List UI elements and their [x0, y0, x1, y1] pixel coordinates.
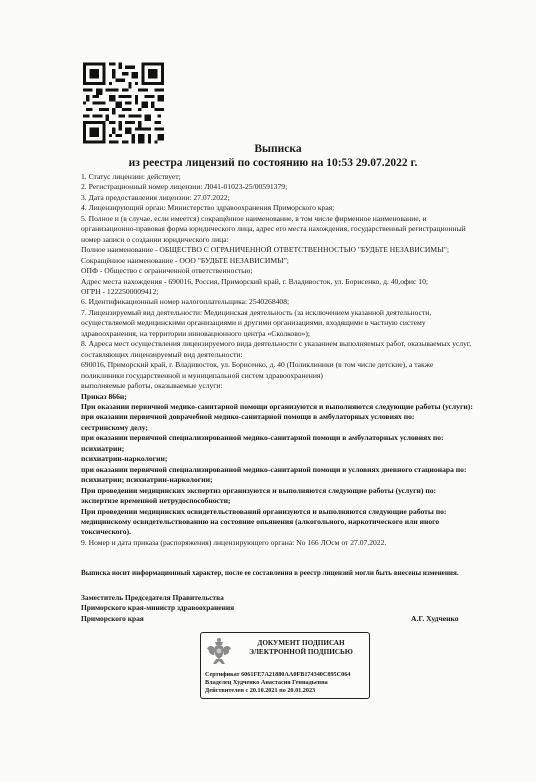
document-line: 1. Статус лицензии: действует; — [81, 172, 481, 182]
document-line: при оказании первичной специализированно… — [81, 433, 481, 443]
document-line: ОПФ - Общество с ограниченной ответствен… — [81, 266, 481, 276]
position-line: Приморского края — [81, 614, 234, 624]
qr-code-icon — [83, 62, 164, 144]
document-line: осуществляемой медицинскими организациям… — [81, 318, 481, 328]
document-line: 5. Полное и (в случае, если имеется) сок… — [81, 214, 481, 224]
document-line: 3. Дата предоставления лицензии: 27.07.2… — [81, 193, 481, 203]
document-line: номер записи о создании юридического лиц… — [81, 235, 481, 245]
document-line: медицинскому освидетельствованию на сост… — [81, 517, 481, 527]
document-body: 1. Статус лицензии: действует;2. Регистр… — [81, 172, 481, 548]
document-subtitle: из реестра лицензий по состоянию на 10:5… — [5, 157, 536, 169]
document-line: 690016, Приморский край, г. Владивосток,… — [81, 360, 481, 370]
stamp-owner: Владелец Худченко Анастасия Геннадьевна — [205, 679, 328, 686]
document-line: 2. Регистрационный номер лицензии: Л041-… — [81, 182, 481, 192]
document-line: Приказ 866н; — [81, 392, 481, 402]
document-line: токсического). — [81, 527, 481, 537]
document-line: психиатрии; — [81, 444, 481, 454]
stamp-certificate: Сертификат 6061FE7A21880AA0FB174340C895C… — [205, 671, 350, 678]
stamp-heading-line: ДОКУМЕНТ ПОДПИСАН — [237, 639, 365, 648]
document-line: сестринскому делу; — [81, 423, 481, 433]
document-line: При оказании первичной медико-санитарной… — [81, 402, 481, 412]
document-line: 8. Адреса мест осуществления лицензируем… — [81, 339, 481, 349]
position-line: Приморского края-министр здравоохранения — [81, 603, 234, 613]
document-line: экспертизе временной нетрудоспособности; — [81, 496, 481, 506]
electronic-signature-stamp: ДОКУМЕНТ ПОДПИСАН ЭЛЕКТРОННОЙ ПОДПИСЬЮ С… — [200, 632, 370, 699]
disclaimer-note: Выписка носит информационный характер, п… — [81, 569, 459, 577]
signatory-name: А.Г. Худченко — [411, 614, 459, 623]
position-line: Заместитель Председателя Правительства — [81, 593, 234, 603]
document-page: Выписка из реестра лицензий по состоянию… — [0, 0, 536, 782]
document-line: 6. Идентификационный номер налогоплатель… — [81, 297, 481, 307]
document-line: при оказании первичной специализированно… — [81, 465, 481, 475]
document-line: поликлиники государственной и муниципаль… — [81, 371, 481, 381]
coat-of-arms-icon — [206, 637, 232, 667]
document-line: при оказании первичной доврачебной медик… — [81, 412, 481, 422]
document-line: 7. Лицензируемый вид деятельности: Медиц… — [81, 308, 481, 318]
document-line: Полное наименование - ОБЩЕСТВО С ОГРАНИЧ… — [81, 245, 481, 255]
document-line: 4. Лицензирующий орган: Министерство здр… — [81, 203, 481, 213]
document-line: составляющих лицензируемый вид деятельно… — [81, 350, 481, 360]
document-line: ОГРН - 1222500009412; — [81, 287, 481, 297]
document-line: психиатрии-наркологии; — [81, 454, 481, 464]
document-line: Сокращённое наименование - ООО "БУДЬТЕ Н… — [81, 256, 481, 266]
document-line: здравоохранения, на территории инновацио… — [81, 329, 481, 339]
signatory-position: Заместитель Председателя Правительства П… — [81, 593, 234, 624]
document-line: Адрес места нахождения - 690016, Россия,… — [81, 277, 481, 287]
document-title: Выписка — [10, 143, 536, 155]
document-line: выполняемые работы, оказываемые услуги: — [81, 381, 481, 391]
document-line: При проведении медицинских освидетельств… — [81, 507, 481, 517]
stamp-heading-line: ЭЛЕКТРОННОЙ ПОДПИСЬЮ — [237, 648, 365, 657]
stamp-validity: Действителен с 20.10.2021 по 20.01.2023 — [205, 687, 315, 694]
document-line: При проведении медицинских экспертиз орг… — [81, 486, 481, 496]
document-line: 9. Номер и дата приказа (распоряжения) л… — [81, 538, 481, 548]
stamp-heading: ДОКУМЕНТ ПОДПИСАН ЭЛЕКТРОННОЙ ПОДПИСЬЮ — [237, 639, 365, 657]
document-line: организационно-правовая форма юридическо… — [81, 224, 481, 234]
document-line: психиатрии; психиатрии-наркологии; — [81, 475, 481, 485]
